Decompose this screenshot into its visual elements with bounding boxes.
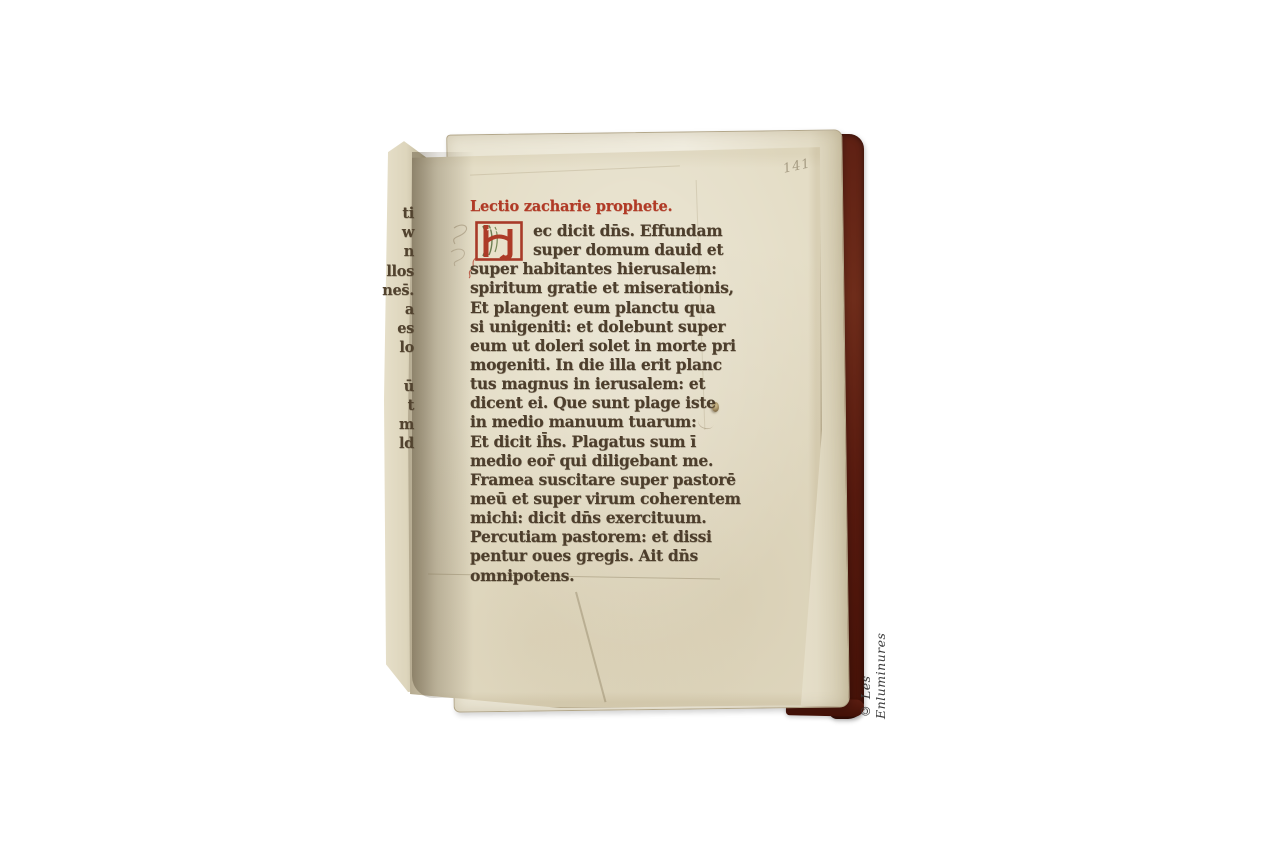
text-line: ec dicit dn̄s. Effundam [470, 221, 726, 240]
left-page-text-fragment: a [360, 300, 414, 319]
left-page-text-fragment: ti [360, 204, 414, 223]
text-line: spiritum gratie et miserationis, [470, 278, 726, 297]
text-line: super habitantes hierusalem: [470, 259, 726, 278]
text-line: omnipotens. [470, 566, 726, 585]
text-line: Framea suscitare super pastorē [470, 470, 726, 489]
text-line: Percutiam pastorem: et dissi [470, 527, 726, 546]
text-line: medio eor̄ qui diligebant me. [470, 451, 726, 470]
left-page-text-fragments: ti w n llos nes̄. a es lo ū t m ld [360, 204, 414, 453]
copyright-watermark: © Les Enluminures [862, 597, 884, 719]
manuscript-photo: ti w n llos nes̄. a es lo ū t m ld Lecti… [0, 0, 1280, 860]
indented-lines: ec dicit dn̄s. Effundam super domum daui… [470, 221, 726, 259]
left-page-text-fragment: n [360, 242, 414, 261]
left-page-text-fragment: es [360, 319, 414, 338]
left-page-text-fragment: m [360, 415, 414, 434]
left-page-text-fragment: nes̄. [360, 281, 414, 300]
left-page-text-fragment: lo [360, 338, 414, 357]
manuscript-text-block: ec dicit dn̄s. Effundam super domum daui… [470, 221, 726, 585]
text-line: si unigeniti: et dolebunt super [470, 317, 726, 336]
left-page-text-fragment: llos [360, 262, 414, 281]
text-line: tus magnus in ierusalem: et [470, 374, 726, 393]
left-page-text-fragment: ld [360, 434, 414, 453]
text-line: eum ut doleri solet in morte pri [470, 336, 726, 355]
text-line: dicent ei. Que sunt plage iste [470, 393, 726, 412]
text-line: mogeniti. In die illa erit planc [470, 355, 726, 374]
left-page-text-fragment [360, 358, 414, 377]
text-line: michi: dicit dn̄s exercituum. [470, 508, 726, 527]
text-line: Et dicit ih̄s. Plagatus sum ī [470, 432, 726, 451]
left-page-text-fragment: ū [360, 377, 414, 396]
text-line: pentur oues gregis. Ait dn̄s [470, 546, 726, 565]
text-line: Et plangent eum planctu qua [470, 298, 726, 317]
left-page-text-fragment: w [360, 223, 414, 242]
text-line: super domum dauid et [470, 240, 726, 259]
rubric-heading: Lectio zacharie prophete. [470, 198, 710, 215]
full-width-lines: super habitantes hierusalem: spiritum gr… [470, 259, 726, 584]
text-line: in medio manuum tuarum: [470, 412, 726, 431]
text-line: meū et super virum coherentem [470, 489, 726, 508]
left-page-text-fragment: t [360, 396, 414, 415]
